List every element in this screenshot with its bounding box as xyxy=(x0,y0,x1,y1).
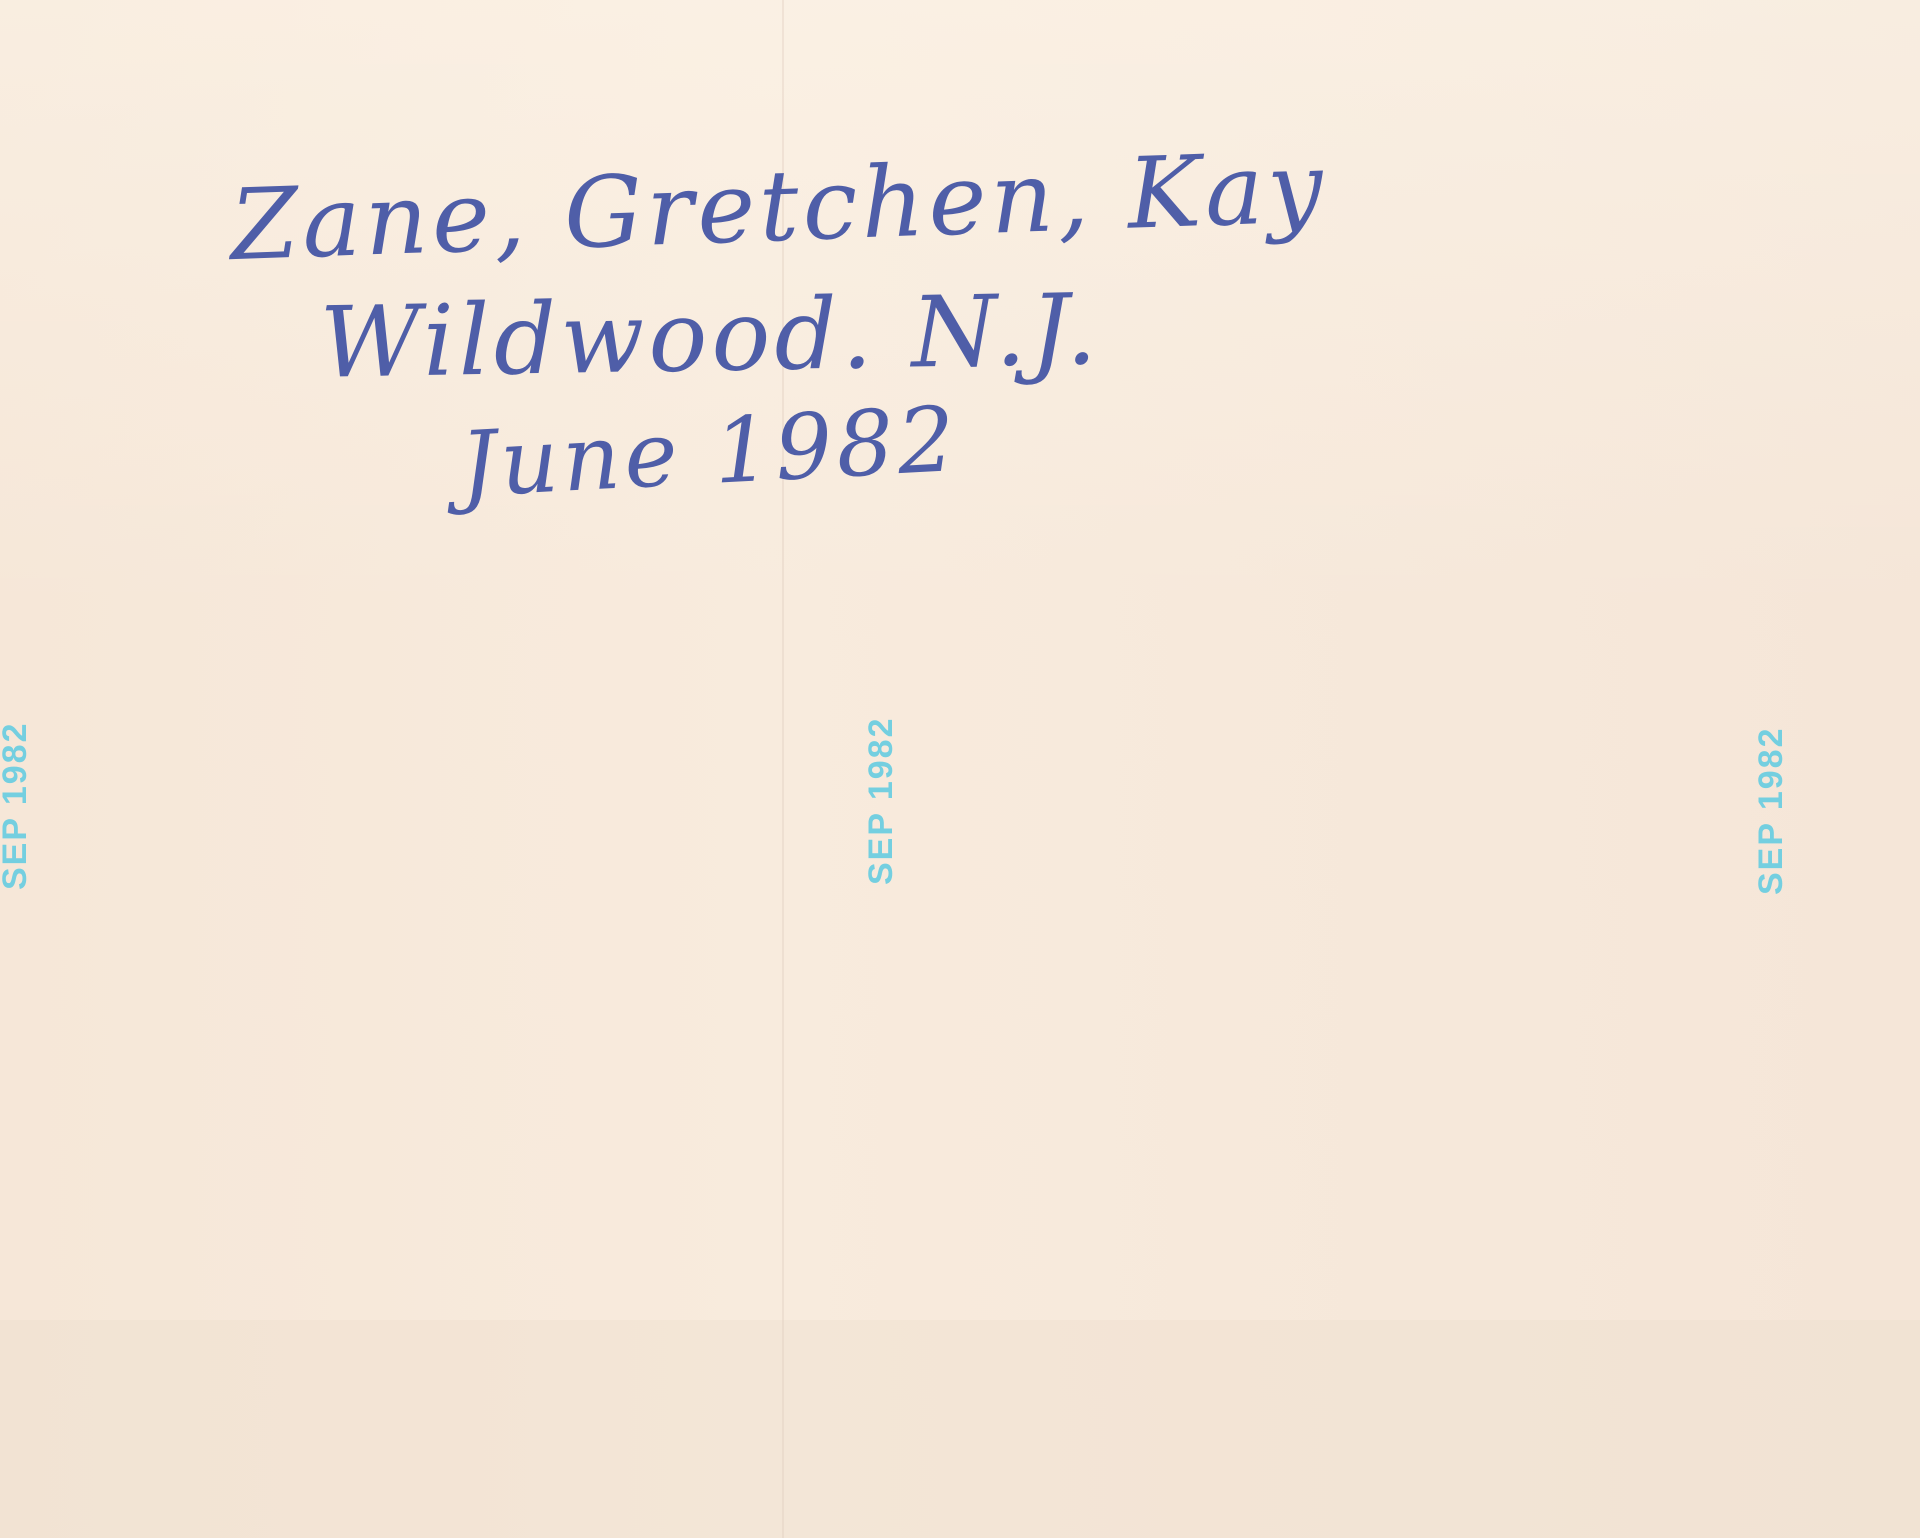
date-stamp-left: SEP 1982 xyxy=(0,721,35,890)
paper-bottom-band xyxy=(0,1320,1920,1538)
date-stamp-right: SEP 1982 xyxy=(1752,726,1791,895)
date-stamp-center: SEP 1982 xyxy=(862,716,901,885)
handwritten-location: Wildwood. N.J. xyxy=(319,273,1102,401)
